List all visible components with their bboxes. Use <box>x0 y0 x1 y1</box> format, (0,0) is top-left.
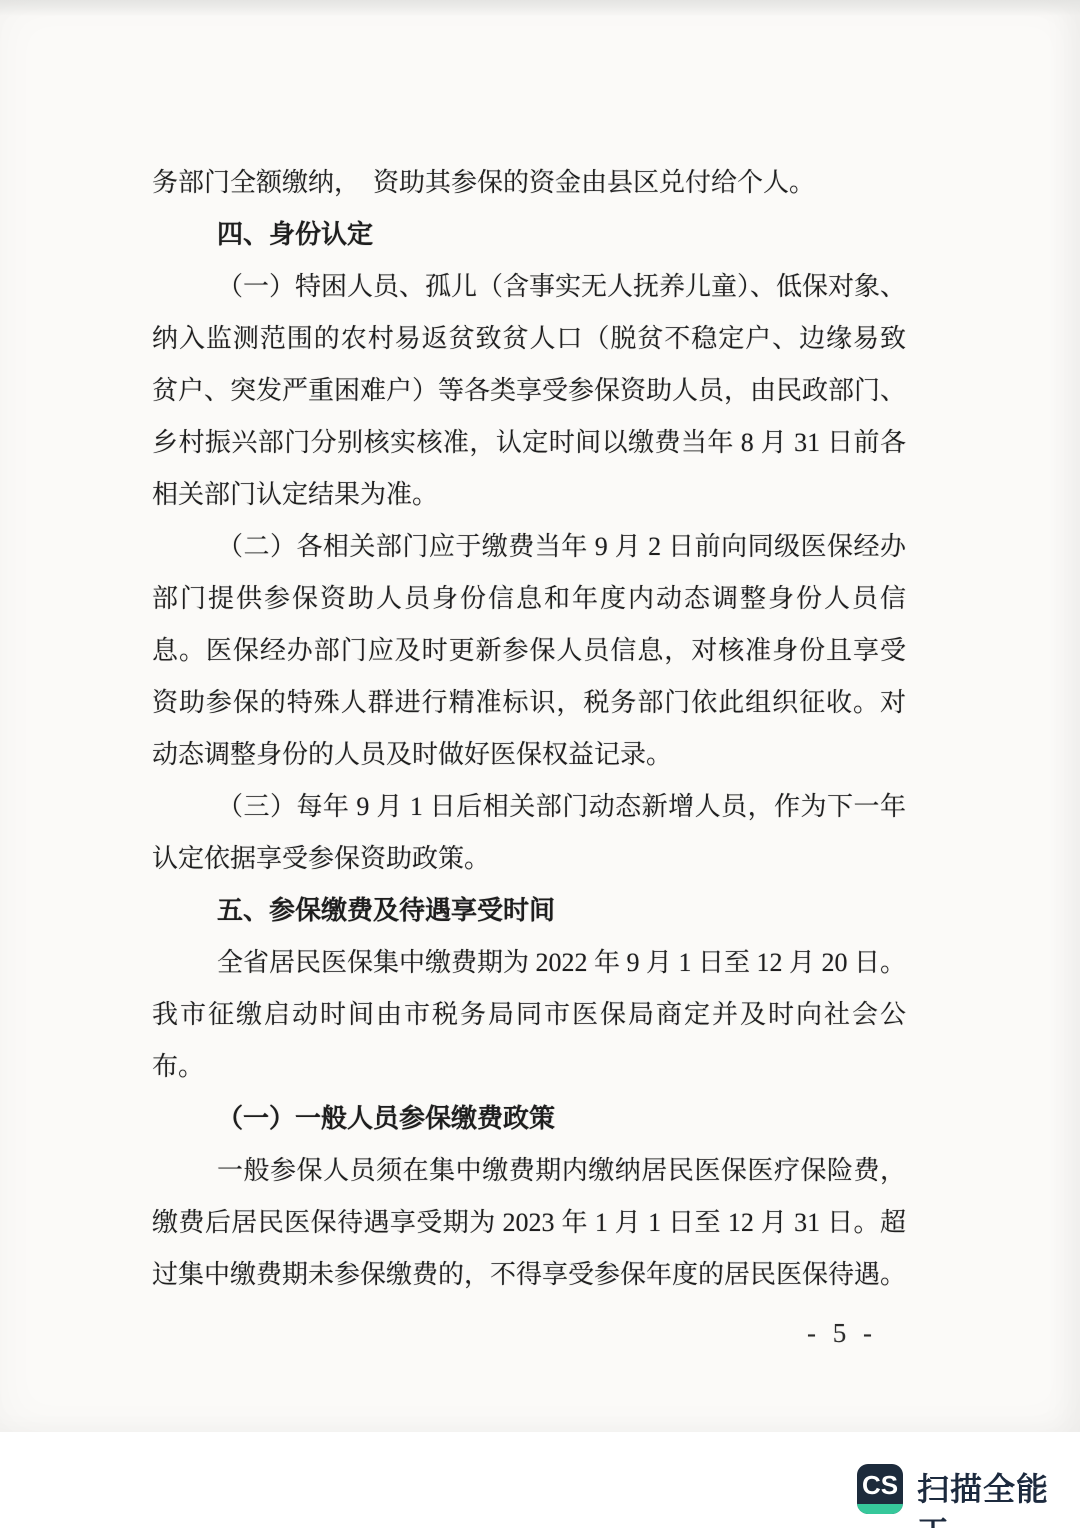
document-text-block: 务部门全额缴纳， 资助其参保的资金由县区兑付给个人。四、身份认定（一）特困人员、… <box>152 157 906 1301</box>
scanned-document-page: 务部门全额缴纳， 资助其参保的资金由县区兑付给个人。四、身份认定（一）特困人员、… <box>0 0 1080 1528</box>
paragraph: 务部门全额缴纳， 资助其参保的资金由县区兑付给个人。 <box>152 157 906 209</box>
camscanner-app-name: 扫描全能王 <box>917 1467 1080 1511</box>
text-line: 息。医保经办部门应及时更新参保人员信息，对核准身份且享受 <box>152 625 906 677</box>
section-heading: 四、身份认定 <box>152 209 906 261</box>
text-line: 全省居民医保集中缴费期为 2022 年 9 月 1 日至 12 月 20 日。 <box>152 937 906 989</box>
text-line: 缴费后居民医保待遇享受期为 2023 年 1 月 1 日至 12 月 31 日。… <box>152 1197 906 1249</box>
text-line: （一）特困人员、孤儿（含事实无人抚养儿童）、低保对象、 <box>152 261 906 313</box>
text-line: 过集中缴费期未参保缴费的，不得享受参保年度的居民医保待遇。 <box>152 1249 906 1301</box>
text-line: （一）一般人员参保缴费政策 <box>152 1093 906 1145</box>
paragraph: （二）各相关部门应于缴费当年 9 月 2 日前向同级医保经办部门提供参保资助人员… <box>152 521 906 781</box>
text-line: （二）各相关部门应于缴费当年 9 月 2 日前向同级医保经办 <box>152 521 906 573</box>
text-line: 贫户、突发严重困难户）等各类享受参保资助人员，由民政部门、 <box>152 365 906 417</box>
paragraph: （一）特困人员、孤儿（含事实无人抚养儿童）、低保对象、纳入监测范围的农村易返贫致… <box>152 261 906 521</box>
text-line: 认定依据享受参保资助政策。 <box>152 833 906 885</box>
section-heading: 五、参保缴费及待遇享受时间 <box>152 885 906 937</box>
text-line: 纳入监测范围的农村易返贫致贫人口（脱贫不稳定户、边缘易致 <box>152 313 906 365</box>
text-line: 动态调整身份的人员及时做好医保权益记录。 <box>152 729 906 781</box>
camscanner-badge-accent <box>857 1504 903 1514</box>
text-line: 资助参保的特殊人群进行精准标识，税务部门依此组织征收。对 <box>152 677 906 729</box>
text-line: 布。 <box>152 1041 906 1093</box>
camscanner-badge-label: CS <box>857 1467 903 1504</box>
text-line: 五、参保缴费及待遇享受时间 <box>152 885 906 937</box>
text-line: 相关部门认定结果为准。 <box>152 469 906 521</box>
text-line: 乡村振兴部门分别核实核准，认定时间以缴费当年 8 月 31 日前各 <box>152 417 906 469</box>
paragraph: 全省居民医保集中缴费期为 2022 年 9 月 1 日至 12 月 20 日。我… <box>152 937 906 1093</box>
text-line: 四、身份认定 <box>152 209 906 261</box>
section-heading: （一）一般人员参保缴费政策 <box>152 1093 906 1145</box>
page-number: - 5 - <box>780 1312 904 1354</box>
text-line: （三）每年 9 月 1 日后相关部门动态新增人员，作为下一年 <box>152 781 906 833</box>
text-line: 务部门全额缴纳， 资助其参保的资金由县区兑付给个人。 <box>152 157 906 209</box>
camscanner-logo-icon: CS <box>857 1464 903 1514</box>
paragraph: （三）每年 9 月 1 日后相关部门动态新增人员，作为下一年认定依据享受参保资助… <box>152 781 906 885</box>
text-line: 部门提供参保资助人员身份信息和年度内动态调整身份人员信 <box>152 573 906 625</box>
paragraph: 一般参保人员须在集中缴费期内缴纳居民医保医疗保险费，缴费后居民医保待遇享受期为 … <box>152 1145 906 1301</box>
text-line: 一般参保人员须在集中缴费期内缴纳居民医保医疗保险费， <box>152 1145 906 1197</box>
text-line: 我市征缴启动时间由市税务局同市医保局商定并及时向社会公 <box>152 989 906 1041</box>
